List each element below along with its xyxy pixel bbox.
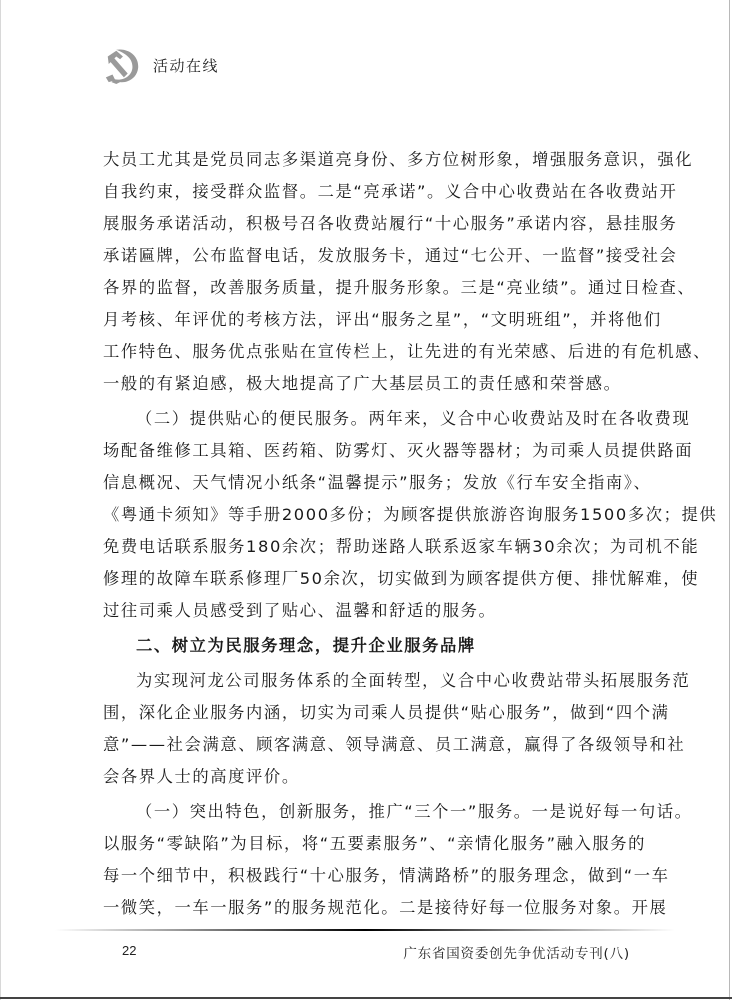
page-edge-bottom [0,997,732,999]
text-line: 修理的故障车联系修理厂50余次，切实做到为顾客提供方便、排忧解难，使 [103,563,629,595]
text-line: （二）提供贴心的便民服务。两年来，义合中心收费站及时在各收费现 [103,403,629,435]
text-line: 免费电话联系服务180余次；帮助迷路人联系返家车辆30余次；为司机不能 [103,531,629,563]
section-heading: 二、树立为民服务理念，提升企业服务品牌 [103,630,629,662]
text-line: 信息概况、天气情况小纸条“温馨提示”服务；发放《行车安全指南》、 [103,467,629,499]
text-line: 自我约束，接受群众监督。二是“亮承诺”。义合中心收费站在各收费站开 [103,176,629,208]
text-line: 过往司乘人员感受到了贴心、温馨和舒适的服务。 [103,595,629,627]
section-name: 活动在线 [153,55,219,76]
text-line: 工作特色、服务优点张贴在宣传栏上，让先进的有光荣感、后进的有危机感、 [103,336,629,368]
page-number: 22 [122,943,136,958]
text-line: 围，深化企业服务内涵，切实为司乘人员提供“贴心服务”，做到“四个满 [103,697,629,729]
text-line: 会各界人士的高度评价。 [103,761,629,793]
text-line: 以服务“零缺陷”为目标，将“五要素服务”、“亲情化服务”融入服务的 [103,828,629,860]
text-line: 展服务承诺活动，积极号召各收费站履行“十心服务”承诺内容，悬挂服务 [103,208,629,240]
heading-2: 二、树立为民服务理念，提升企业服务品牌 [103,630,629,662]
text-line: （一）突出特色，创新服务，推广“三个一”服务。一是说好每一句话。 [103,796,629,828]
text-line: 每一个细节中，积极践行“十心服务，情满路桥”的服务理念，做到“一车 [103,860,629,892]
paragraph-4: （一）突出特色，创新服务，推广“三个一”服务。一是说好每一句话。 以服务“零缺陷… [103,796,629,924]
footer-divider [55,929,675,931]
page-header: 活动在线 [103,44,219,86]
text-line: 各界的监督，改善服务质量，提升服务形象。三是“亮业绩”。通过日检查、 [103,272,629,304]
article-body: 大员工尤其是党员同志多渠道亮身份、多方位树形象，增强服务意识，强化 自我约束，接… [103,144,629,924]
text-line: 承诺匾牌，公布监督电话，发放服务卡，通过“七公开、一监督”接受社会 [103,240,629,272]
page-edge-left [0,0,1,1000]
page-edge-right [729,0,730,1000]
publication-title: 广东省国资委创先争优活动专刊(八) [403,942,630,962]
text-line: 为实现河龙公司服务体系的全面转型，义合中心收费站带头拓展服务范 [103,665,629,697]
paragraph-2: （二）提供贴心的便民服务。两年来，义合中心收费站及时在各收费现 场配备维修工具箱… [103,403,629,627]
paragraph-1: 大员工尤其是党员同志多渠道亮身份、多方位树形象，增强服务意识，强化 自我约束，接… [103,144,629,400]
text-line: 大员工尤其是党员同志多渠道亮身份、多方位树形象，增强服务意识，强化 [103,144,629,176]
text-line: 意”——社会满意、顾客满意、领导满意、员工满意，赢得了各级领导和社 [103,729,629,761]
text-line: 一微笑，一车一服务”的服务规范化。二是接待好每一位服务对象。开展 [103,892,629,924]
text-line: 一般的有紧迫感，极大地提高了广大基层员工的责任感和荣誉感。 [103,368,629,400]
hammer-sickle-icon [103,45,141,85]
text-line: 《粤通卡须知》等手册2000多份；为顾客提供旅游咨询服务1500多次；提供 [103,499,629,531]
text-line: 月考核、年评优的考核方法，评出“服务之星”，“文明班组”，并将他们 [103,304,629,336]
paragraph-3: 为实现河龙公司服务体系的全面转型，义合中心收费站带头拓展服务范 围，深化企业服务… [103,665,629,793]
text-line: 场配备维修工具箱、医药箱、防雾灯、灭火器等器材；为司乘人员提供路面 [103,435,629,467]
